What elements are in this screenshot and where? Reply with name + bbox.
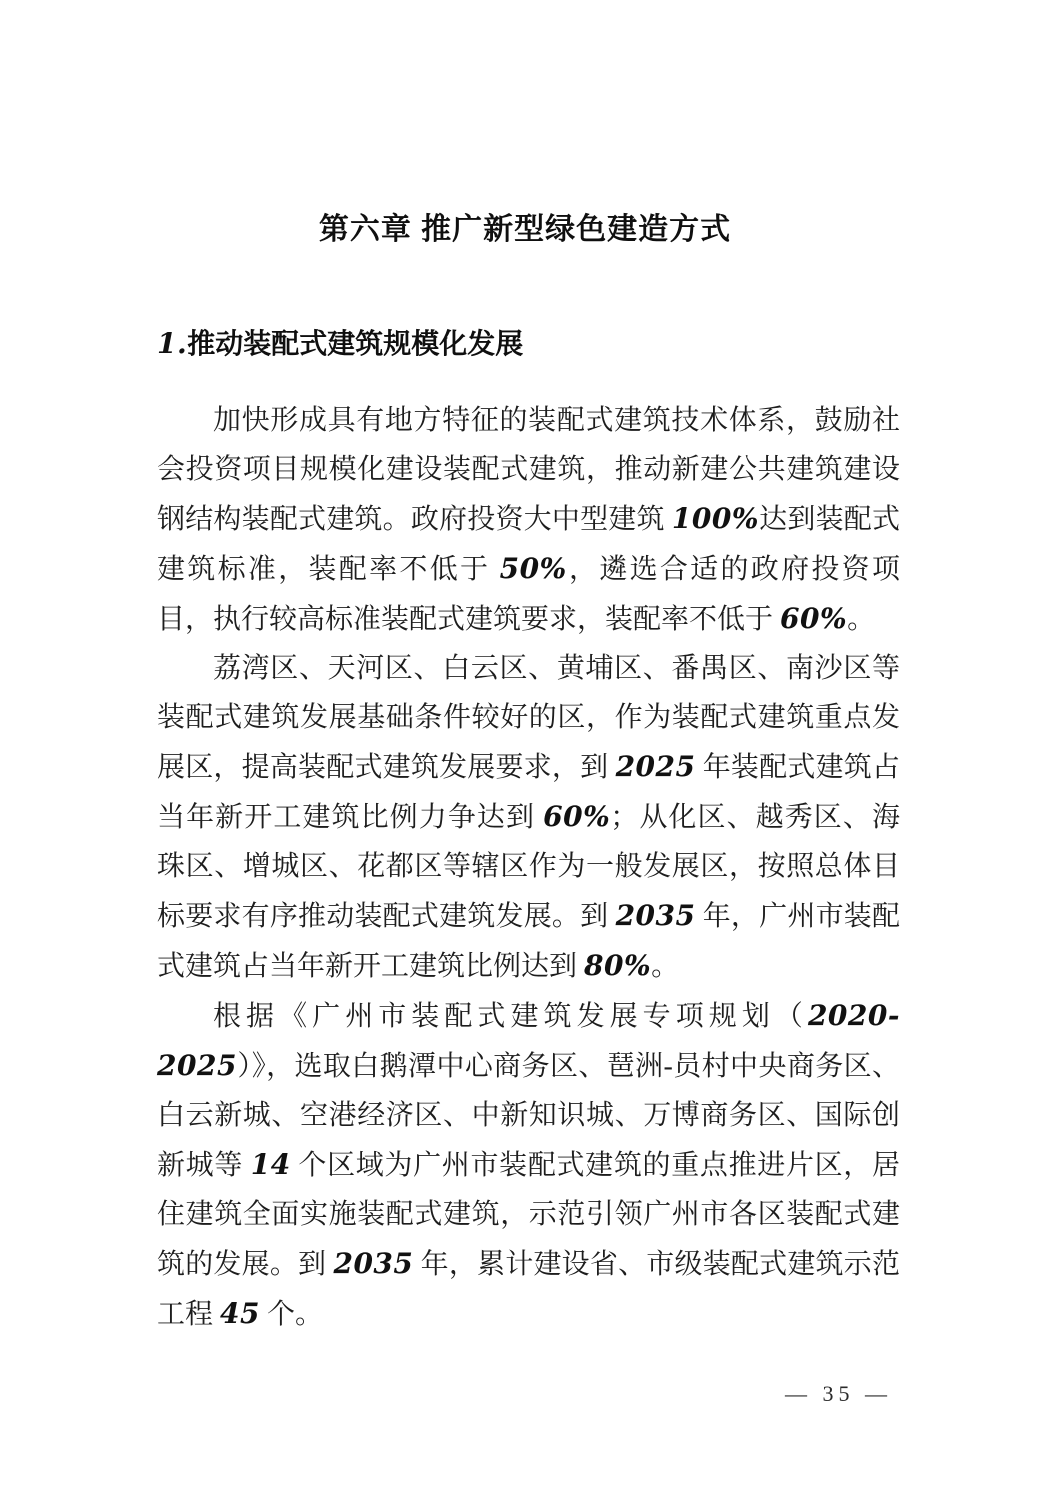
paragraph-2: 荔湾区、天河区、白云区、黄埔区、番禺区、南沙区等装配式建筑发展基础条件较好的区，…	[157, 644, 900, 991]
paragraph-text: 。	[651, 951, 679, 982]
paragraph-text: 。	[847, 604, 875, 635]
document-page: 第六章 推广新型绿色建造方式 1.推动装配式建筑规模化发展 加快形成具有地方特征…	[0, 0, 1050, 1485]
page-number: — 35 —	[785, 1381, 892, 1407]
chapter-title: 第六章 推广新型绿色建造方式	[0, 0, 1050, 248]
document-body: 加快形成具有地方特征的装配式建筑技术体系，鼓励社会投资项目规模化建设装配式建筑，…	[157, 396, 900, 1339]
inline-number: 60%	[780, 602, 847, 635]
inline-number: 45	[220, 1297, 260, 1330]
section-heading-text: 推动装配式建筑规模化发展	[187, 328, 523, 359]
paragraph-3: 根据《广州市装配式建筑发展专项规划（2020-2025）》，选取白鹅潭中心商务区…	[157, 991, 900, 1339]
inline-number: 80%	[584, 949, 651, 982]
inline-number: 2025	[616, 750, 696, 783]
inline-number: 100%	[672, 502, 759, 535]
inline-number: 50%	[500, 552, 567, 585]
inline-number: 60%	[543, 800, 610, 833]
section-number: 1.	[157, 327, 187, 360]
section-heading: 1.推动装配式建筑规模化发展	[157, 328, 900, 360]
paragraph-text: 个。	[260, 1299, 323, 1330]
inline-number: 2035	[616, 899, 696, 932]
paragraph-text: 根据《广州市装配式建筑发展专项规划（	[213, 1001, 808, 1032]
inline-number: 14	[251, 1148, 291, 1181]
inline-number: 2035	[333, 1247, 413, 1280]
paragraph-1: 加快形成具有地方特征的装配式建筑技术体系，鼓励社会投资项目规模化建设装配式建筑，…	[157, 396, 900, 644]
